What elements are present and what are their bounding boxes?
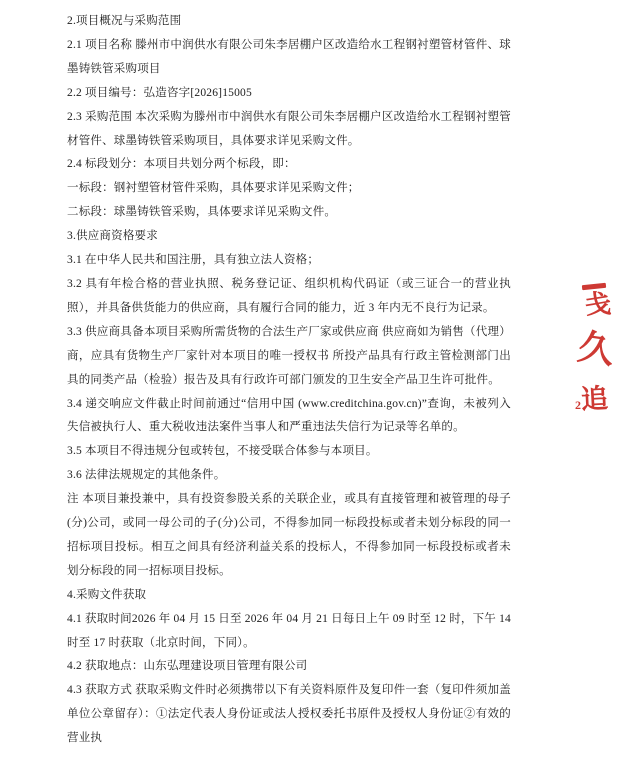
para-4-3-acquisition-method: 4.3 获取方式 获取采购文件时必须携带以下有关资料原件及复印件一套（复印件须加… <box>67 679 511 751</box>
red-stamp-stroke <box>582 283 606 290</box>
para-3-4-credit-china-check: 3.4 递交响应文件截止时间前通过“信用中国 (www.creditchina.… <box>67 393 511 441</box>
section-title-4-document-acquisition: 4.采购文件获取 <box>67 584 511 608</box>
para-4-1-acquisition-time: 4.1 获取时间2026 年 04 月 15 日至 2026 年 04 月 21… <box>67 608 511 656</box>
para-2-4-lot-division: 2.4 标段划分：本项目共划分两个标段，即： <box>67 153 511 177</box>
para-3-6-other-conditions: 3.6 法律法规规定的其他条件。 <box>67 464 511 488</box>
red-stamp-fragment: 戋 <box>584 291 612 319</box>
section-title-3-supplier-qualifications: 3.供应商资格要求 <box>67 225 511 249</box>
para-2-2-project-number: 2.2 项目编号：弘造咨字[2026]15005 <box>67 82 511 106</box>
para-2-1-project-name: 2.1 项目名称 滕州市中润供水有限公司朱李居棚户区改造给水工程钢衬塑管材管件、… <box>67 34 511 82</box>
para-lot-2: 二标段：球墨铸铁管采购，具体要求详见采购文件。 <box>67 201 511 225</box>
procurement-notice-body: 2.项目概况与采购范围 2.1 项目名称 滕州市中润供水有限公司朱李居棚户区改造… <box>67 10 511 751</box>
para-lot-1: 一标段：钢衬塑管材管件采购，具体要求详见采购文件； <box>67 177 511 201</box>
para-note-affiliated-companies: 注 本项目兼投兼中，具有投资参股关系的关联企业，或具有直接管理和被管理的母子(分… <box>67 488 511 584</box>
para-3-5-no-subcontracting: 3.5 本项目不得违规分包或转包，不接受联合体参与本项目。 <box>67 440 511 464</box>
red-stamp-fragment: 追 <box>580 385 608 413</box>
para-2-3-procurement-scope: 2.3 采购范围 本次采购为滕州市中润供水有限公司朱李居棚户区改造给水工程钢衬塑… <box>67 106 511 154</box>
para-4-2-acquisition-location: 4.2 获取地点：山东弘理建设项目管理有限公司 <box>67 655 511 679</box>
para-3-3-manufacturer-authorization: 3.3 供应商具备本项目采购所需货物的合法生产厂家或供应商 供应商如为销售（代理… <box>67 321 511 393</box>
red-stamp-fragment: 久 <box>576 329 617 370</box>
para-3-2-licenses: 3.2 具有年检合格的营业执照、税务登记证、组织机构代码证（或三证合一的营业执照… <box>67 273 511 321</box>
para-3-1-registration: 3.1 在中华人民共和国注册，具有独立法人资格； <box>67 249 511 273</box>
red-stamp-digit: 2 <box>575 399 581 411</box>
section-title-2-project-overview: 2.项目概况与采购范围 <box>67 10 511 34</box>
